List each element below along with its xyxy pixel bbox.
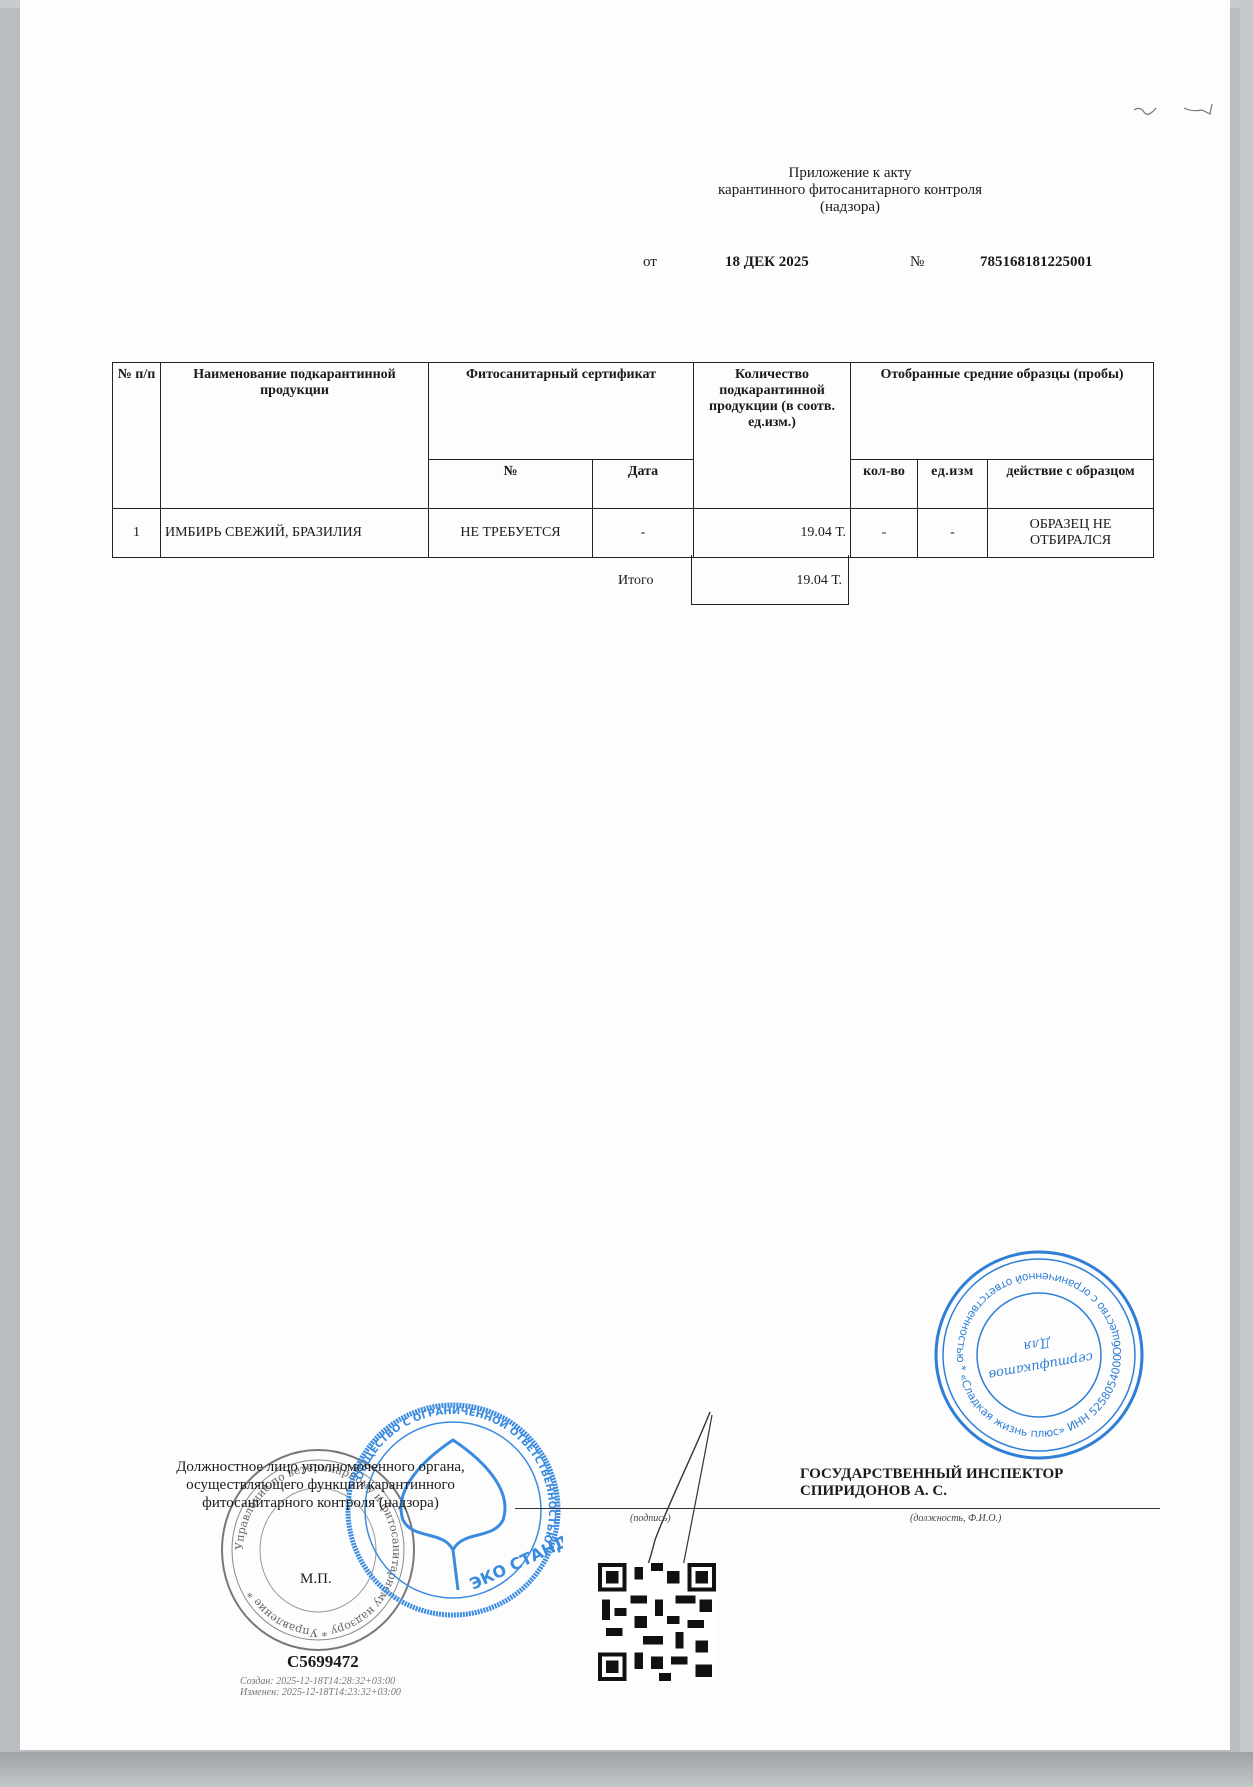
total-value: 19.04 Т.	[691, 555, 849, 605]
seal-place-label: М.П.	[300, 1571, 332, 1588]
scan-edge-right	[1240, 0, 1253, 1787]
header-product-name: Наименование подкарантинной продукции	[161, 363, 429, 509]
signature-line	[515, 1508, 1160, 1509]
products-table: № п/п Наименование подкарантинной продук…	[112, 362, 1154, 558]
signature-caption: (подпись)	[630, 1513, 671, 1524]
cell-samples-action: ОБРАЗЕЦ НЕ ОТБИРАЛСЯ	[988, 509, 1154, 558]
annex-title-line1: Приложение к акту	[640, 165, 1060, 182]
total-label: Итого	[618, 573, 653, 589]
qr-code-icon	[598, 1563, 716, 1681]
header-samples-action: действие с образцом	[988, 460, 1154, 509]
header-certificate-no: №	[429, 460, 593, 509]
header-certificate-date: Дата	[593, 460, 694, 509]
scan-edge-bottom	[0, 1752, 1253, 1787]
header-certificate: Фитосанитарный сертификат	[429, 363, 694, 460]
handwritten-signature	[600, 1410, 730, 1585]
annex-title-line3: (надзора)	[640, 199, 1060, 216]
annex-header: Приложение к акту карантинного фитосанит…	[640, 165, 1060, 216]
validity-block: Создан: 2025-12-18T14:28:32+03:00 Измене…	[240, 1676, 401, 1698]
header-quantity: Количество подкарантинной продукции (в с…	[694, 363, 851, 509]
position-caption: (должность, Ф.И.О.)	[910, 1513, 1001, 1524]
svg-text:сертификатов: сертификатов	[987, 1349, 1094, 1382]
cell-quantity: 19.04 Т.	[694, 509, 851, 558]
header-samples-qty: кол-во	[851, 460, 918, 509]
cell-index: 1	[113, 509, 161, 558]
reference-date: 18 ДЕК 2025	[725, 254, 809, 271]
cell-certificate-no: НЕ ТРЕБУЕТСЯ	[429, 509, 593, 558]
header-samples: Отобранные средние образцы (пробы)	[851, 363, 1154, 460]
official-caption: Должностное лицо уполномоченного органа,…	[148, 1458, 493, 1512]
inspector-name: СПИРИДОНОВ А. С.	[800, 1483, 1063, 1500]
svg-text:Для: Для	[1022, 1334, 1053, 1354]
company-stamp-icon: Общество с ограниченной ответственностью…	[932, 1248, 1146, 1462]
pen-scribble-mark	[1132, 100, 1242, 120]
validity-until: Изменен: 2025-12-18T14:23:32+03:00	[240, 1687, 401, 1698]
cell-samples-unit: -	[918, 509, 988, 558]
cell-certificate-date: -	[593, 509, 694, 558]
header-samples-unit: ед.изм	[918, 460, 988, 509]
inspector-block: ГОСУДАРСТВЕННЫЙ ИНСПЕКТОР СПИРИДОНОВ А. …	[800, 1466, 1063, 1500]
certificate-code: С5699472	[287, 1652, 359, 1672]
reference-number: 785168181225001	[980, 254, 1093, 271]
cell-product-name: ИМБИРЬ СВЕЖИЙ, БРАЗИЛИЯ	[161, 509, 429, 558]
cell-samples-qty: -	[851, 509, 918, 558]
table-row: 1 ИМБИРЬ СВЕЖИЙ, БРАЗИЛИЯ НЕ ТРЕБУЕТСЯ -…	[113, 509, 1154, 558]
header-index: № п/п	[113, 363, 161, 509]
validity-created: Создан: 2025-12-18T14:28:32+03:00	[240, 1676, 401, 1687]
reference-number-label: №	[910, 254, 924, 271]
reference-from-label: от	[643, 254, 657, 271]
annex-title-line2: карантинного фитосанитарного контроля	[640, 182, 1060, 199]
table-header-row-1: № п/п Наименование подкарантинной продук…	[113, 363, 1154, 460]
inspector-title: ГОСУДАРСТВЕННЫЙ ИНСПЕКТОР	[800, 1466, 1063, 1483]
